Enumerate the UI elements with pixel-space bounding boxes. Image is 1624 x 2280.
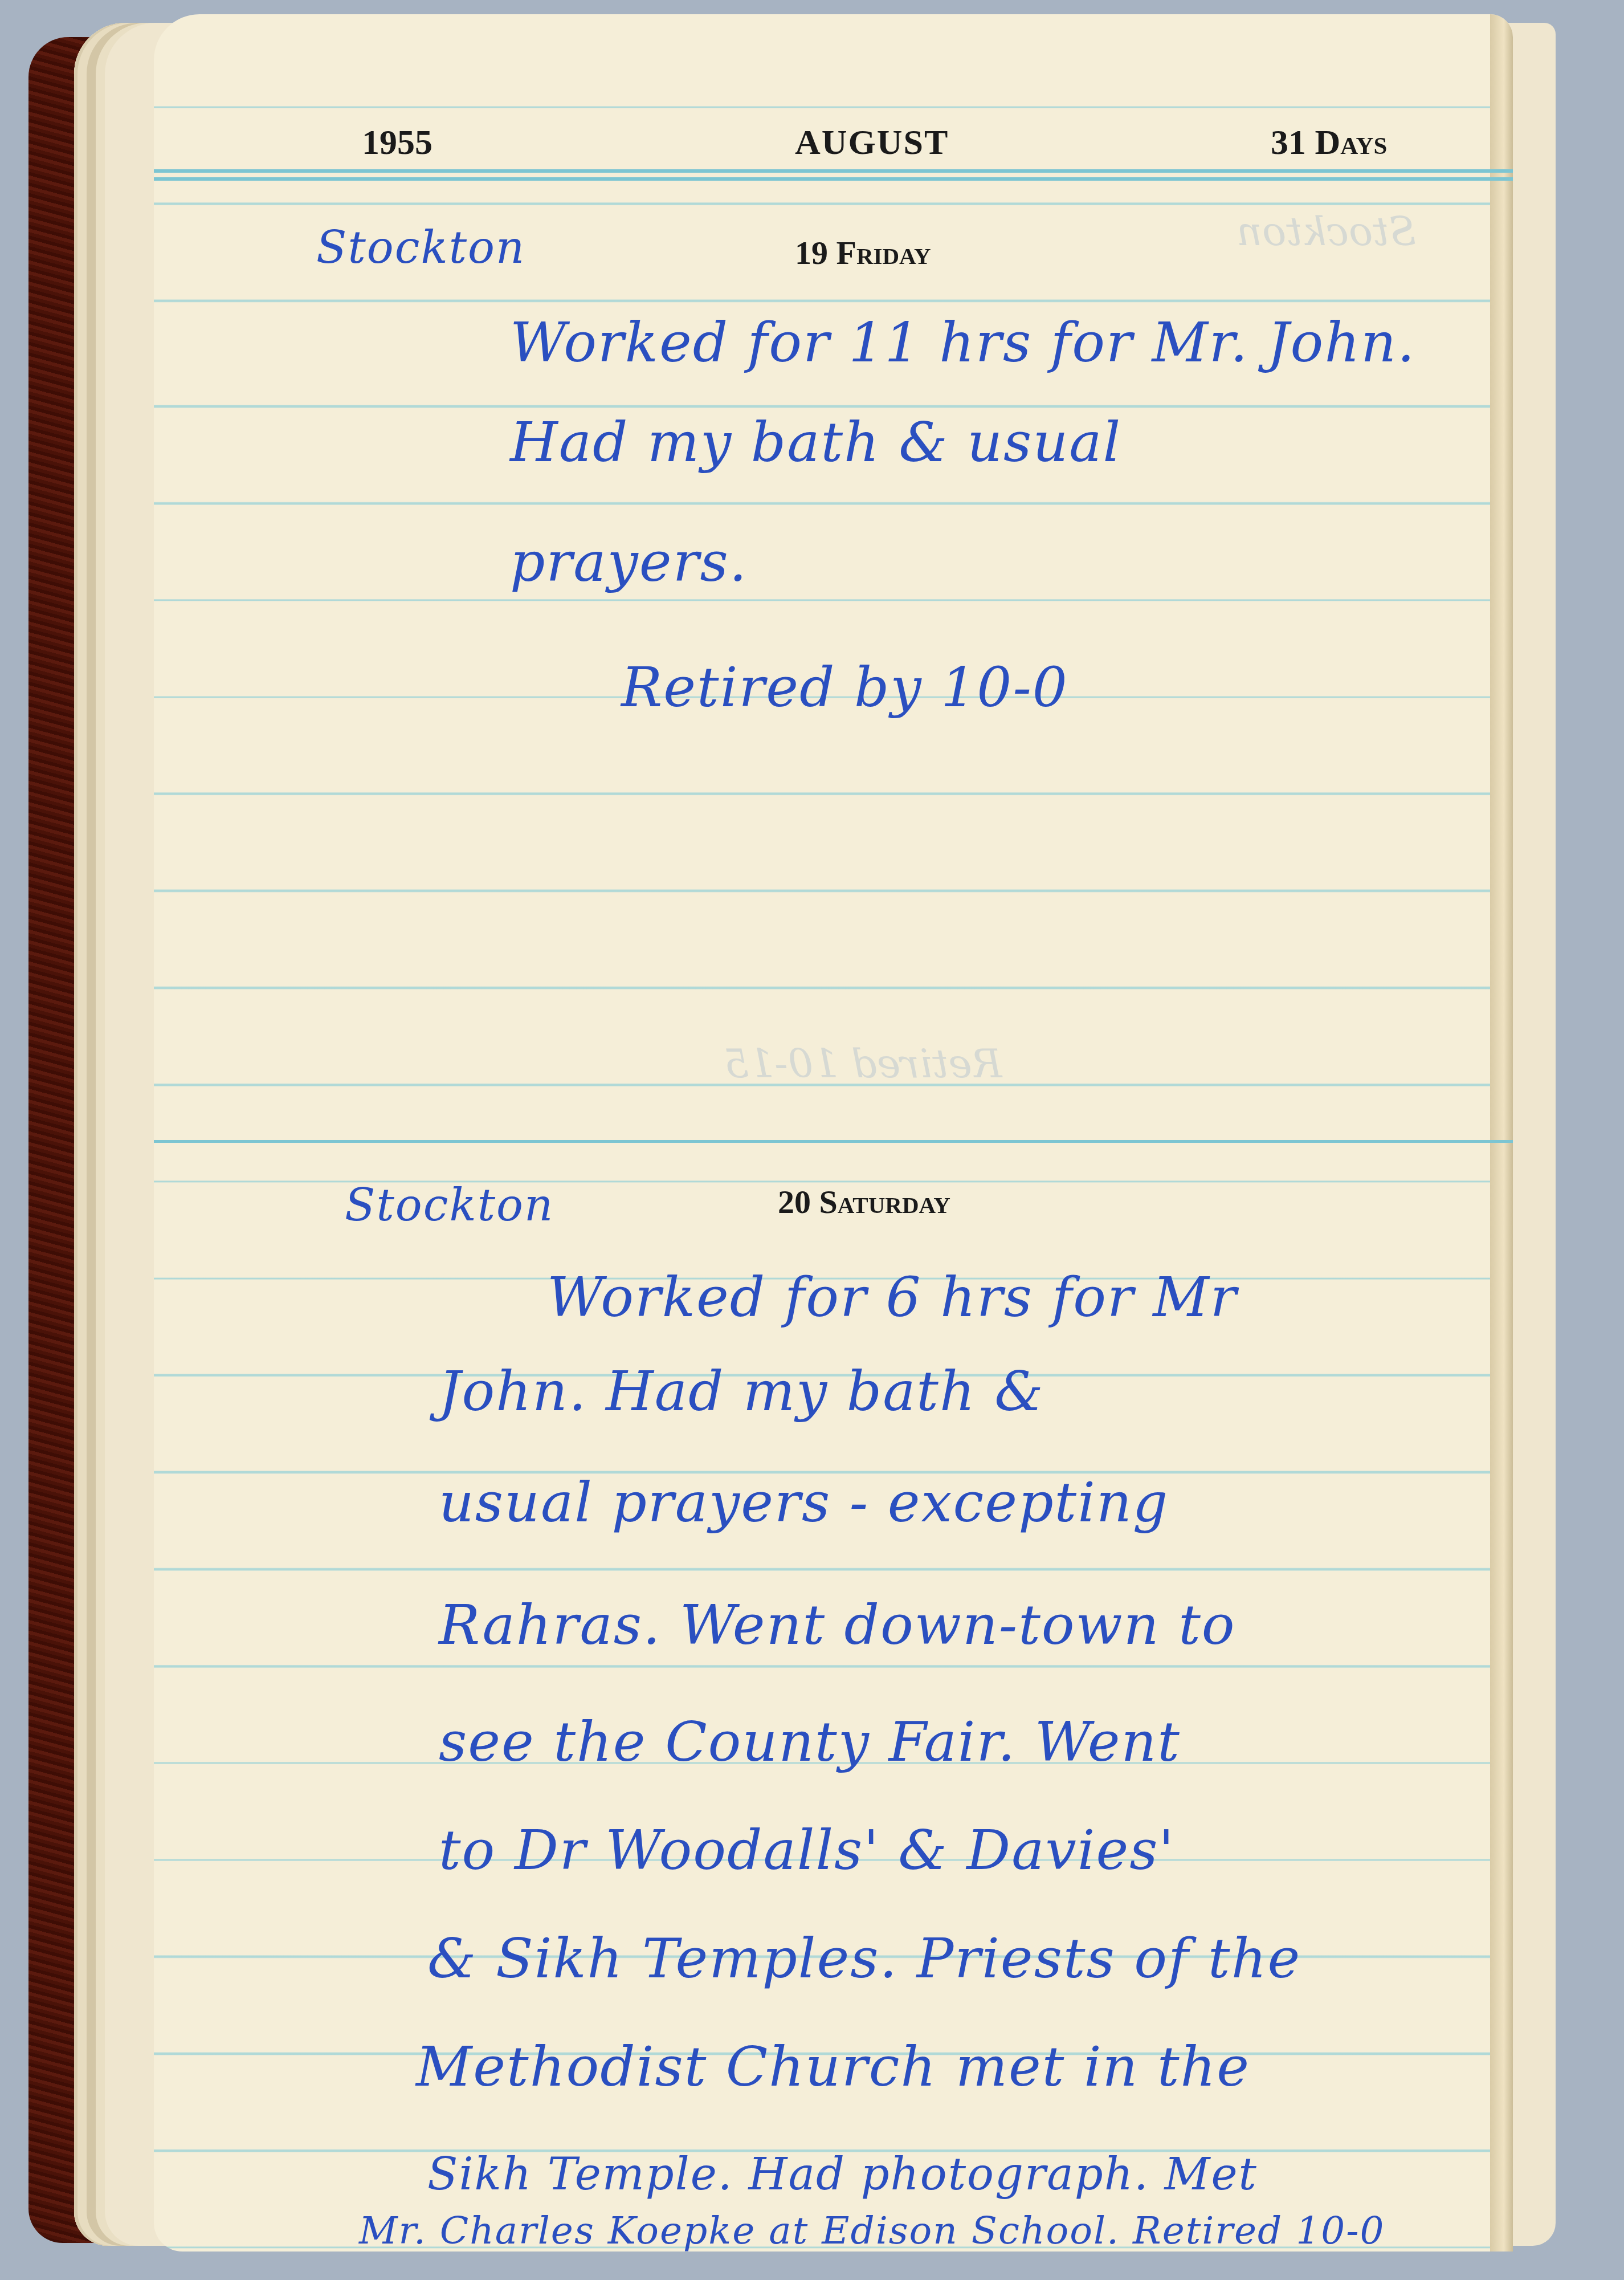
entry-line: & Sikh Temples. Priests of the	[427, 1927, 1301, 1990]
page-gutter	[1490, 14, 1513, 2251]
header-rule	[154, 177, 1513, 181]
entry-location: Stockton	[316, 222, 525, 274]
diary-page: 1955 AUGUST 31 Days Stockton Retired 10-…	[154, 14, 1513, 2251]
entry-line: Retired by 10-0	[621, 655, 1068, 719]
entry-day-label: 20 Saturday	[778, 1183, 950, 1221]
show-through-text: Stockton	[1237, 208, 1416, 255]
day-divider-rule	[154, 1140, 1513, 1143]
entry-line: see the County Fair. Went	[439, 1710, 1181, 1774]
header-year: 1955	[362, 123, 432, 163]
entry-line: Sikh Temple. Had photograph. Met	[427, 2149, 1258, 2200]
entry-line: Methodist Church met in the	[416, 2035, 1250, 2099]
entry-line: Rahras. Went down-town to	[439, 1593, 1236, 1657]
entry-line: prayers.	[510, 530, 748, 594]
entry-line: Mr. Charles Koepke at Edison School. Ret…	[359, 2209, 1385, 2251]
entry-line: Had my bath & usual	[510, 410, 1121, 474]
entry-line: John. Had my bath &	[439, 1359, 1044, 1423]
entry-line: to Dr Woodalls' & Davies'	[439, 1818, 1175, 1882]
entry-line: Worked for 6 hrs for Mr	[547, 1265, 1238, 1329]
header-month: AUGUST	[795, 123, 949, 163]
entry-location: Stockton	[345, 1180, 554, 1231]
header-days-count: 31 Days	[1271, 123, 1387, 163]
entry-day-label: 19 Friday	[795, 234, 931, 272]
entry-line: Worked for 11 hrs for Mr. John.	[510, 311, 1416, 374]
show-through-text: Retired 10-15	[724, 1040, 1002, 1087]
entry-line: usual prayers - excepting	[439, 1471, 1169, 1534]
header-rule	[154, 169, 1513, 173]
